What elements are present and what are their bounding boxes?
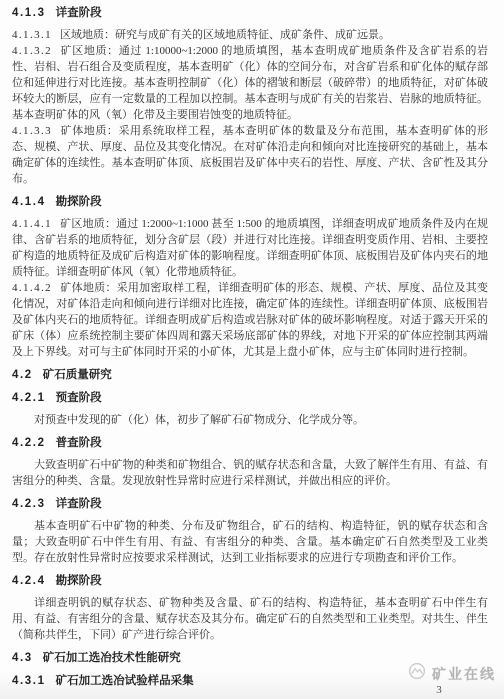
section-title: 矿石加工选冶技术性能研究: [43, 652, 181, 664]
doc-paragraph-detailed-survey: 基本查明矿石中矿物的种类、分布及矿物组合，矿石的结构、构造特征，钒的赋存状态和含…: [12, 518, 488, 566]
paragraph-text: 矿区地质：通过 1:10000~1:2000 的地质填图，基本查明成矿地质条件及…: [12, 45, 488, 121]
paragraph-text: 矿区地质：通过 1:2000~1:1000 甚至 1:500 的地质填图，详细查…: [12, 218, 488, 278]
section-heading-4-1-3: 4.1.3详查阶段: [12, 5, 488, 21]
paragraph-number: 4.1.3.3: [12, 125, 52, 137]
doc-paragraph-4-1-3-3: 4.1.3.3矿体地质：采用系统取样工程，基本查明矿体的数量及分布范围，基本查明…: [12, 123, 488, 187]
section-title: 预查阶段: [56, 392, 102, 404]
paragraph-text: 详细查明钒的赋存状态、矿物种类及含量、矿石的结构、构造特征，基本查明矿石中伴生有…: [12, 597, 488, 641]
section-number: 4.1.4: [12, 196, 46, 208]
section-number: 4.3.1: [12, 675, 46, 687]
section-number: 4.2.3: [12, 498, 46, 510]
section-number: 4.3: [12, 652, 33, 664]
paragraph-number: 4.1.4.2: [12, 282, 52, 294]
section-number: 4.2.2: [12, 437, 46, 449]
doc-paragraph-exploration-stage: 详细查明钒的赋存状态、矿物种类及含量、矿石的结构、构造特征，基本查明矿石中伴生有…: [12, 595, 488, 643]
paragraph-text: 对预查中发现的矿（化）体，初步了解矿石矿物成分、化学成分等。: [34, 414, 364, 426]
section-number: 4.2: [12, 369, 33, 381]
document-page: 4.1.3详查阶段 4.1.3.1区域地质：研究与成矿有关的区域地质特征、成矿条…: [0, 0, 504, 699]
section-heading-4-2: 4.2矿石质量研究: [12, 367, 488, 383]
section-heading-4-2-2: 4.2.2普查阶段: [12, 435, 488, 451]
doc-paragraph-preview-stage: 对预查中发现的矿（化）体，初步了解矿石矿物成分、化学成分等。: [12, 412, 488, 428]
paragraph-text: 矿体地质：采用系统取样工程，基本查明矿体的数量及分布范围，基本查明矿体的形态、规…: [12, 125, 488, 185]
mining-online-logo-icon: [408, 662, 426, 685]
paragraph-number: 4.1.3.2: [12, 45, 52, 57]
doc-paragraph-4-1-4-2: 4.1.4.2矿体地质：采用加密取样工程，详细查明矿体的形态、规模、产状、厚度、…: [12, 280, 488, 360]
section-number: 4.2.4: [12, 575, 46, 587]
section-title: 详查阶段: [56, 498, 102, 510]
section-title: 详查阶段: [56, 7, 102, 19]
watermark-row: 矿业在线: [408, 662, 496, 685]
section-title: 矿石质量研究: [43, 369, 112, 381]
doc-paragraph-general-survey: 大致查明矿石中矿物的种类和矿物组合、钒的赋存状态和含量，大致了解伴生有用、有益、…: [12, 457, 488, 489]
section-heading-4-2-1: 4.2.1预查阶段: [12, 390, 488, 406]
section-number: 4.2.1: [12, 392, 46, 404]
section-title: 勘探阶段: [56, 196, 102, 208]
paragraph-text: 大致查明矿石中矿物的种类和矿物组合、钒的赋存状态和含量，大致了解伴生有用、有益、…: [12, 459, 488, 487]
section-title: 勘探阶段: [56, 575, 102, 587]
page-number: 3: [408, 684, 496, 696]
watermark: 矿业在线 3: [408, 662, 496, 696]
watermark-label: 矿业在线: [432, 664, 496, 684]
paragraph-number: 4.1.4.1: [12, 218, 52, 230]
paragraph-text: 矿体地质：采用加密取样工程，详细查明矿体的形态、规模、产状、厚度、品位及其变化情…: [12, 282, 488, 358]
doc-paragraph-4-1-3-2: 4.1.3.2矿区地质：通过 1:10000~1:2000 的地质填图，基本查明…: [12, 43, 488, 123]
section-number: 4.1.3: [12, 7, 46, 19]
section-title: 矿石加工选冶试验样品采集: [56, 675, 194, 687]
section-heading-4-1-4: 4.1.4勘探阶段: [12, 194, 488, 210]
doc-paragraph-4-1-4-1: 4.1.4.1矿区地质：通过 1:2000~1:1000 甚至 1:500 的地…: [12, 216, 488, 280]
paragraph-number: 4.1.3.1: [12, 29, 52, 41]
doc-paragraph-4-1-3-1: 4.1.3.1区域地质：研究与成矿有关的区域地质特征、成矿条件、成矿远景。: [12, 27, 488, 43]
section-heading-4-2-3: 4.2.3详查阶段: [12, 496, 488, 512]
section-title: 普查阶段: [56, 437, 102, 449]
paragraph-text: 区域地质：研究与成矿有关的区域地质特征、成矿条件、成矿远景。: [60, 29, 390, 41]
paragraph-text: 基本查明矿石中矿物的种类、分布及矿物组合，矿石的结构、构造特征，钒的赋存状态和含…: [12, 520, 488, 564]
section-heading-4-2-4: 4.2.4勘探阶段: [12, 573, 488, 589]
